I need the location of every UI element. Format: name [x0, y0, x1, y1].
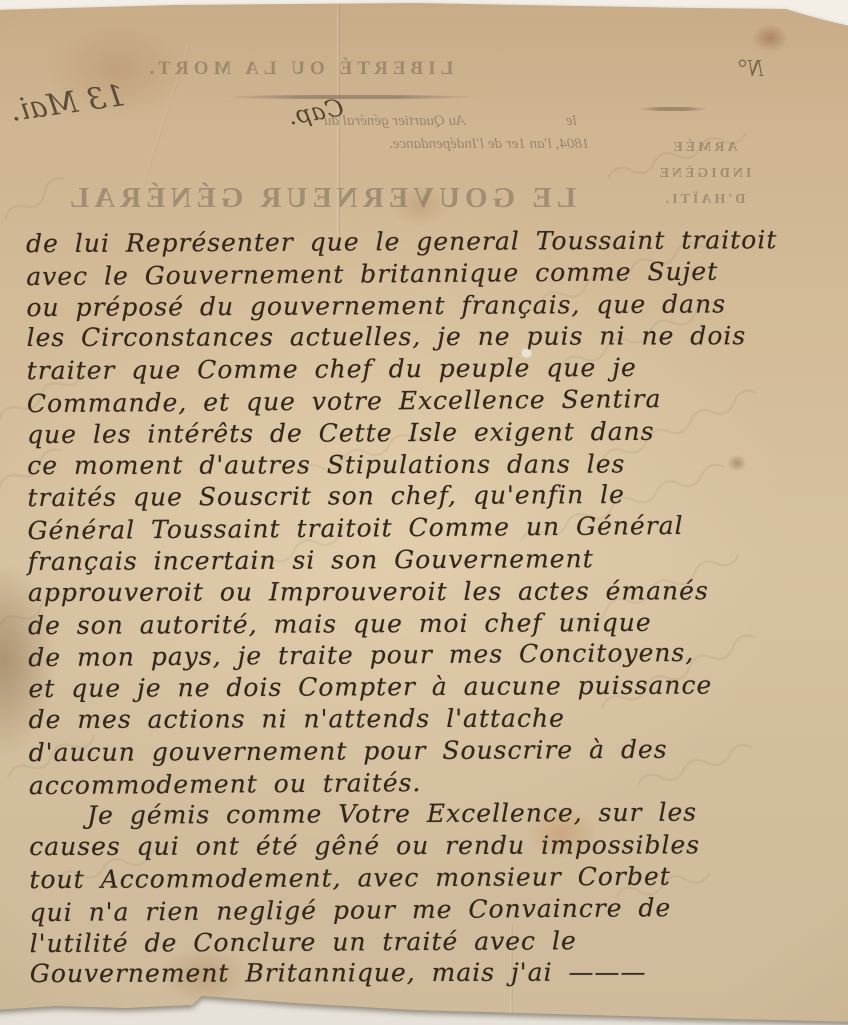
letter-line: qui n'a rien negligé pour me Convaincre … — [29, 891, 829, 929]
letter-line: ce moment d'autres Stipulations dans les — [27, 448, 827, 482]
letter-line: d'aucun gouvernement pour Souscrire à de… — [29, 733, 829, 769]
letter-line: ou préposé du gouvernement français, que… — [26, 288, 826, 324]
letterhead-rule-short — [638, 107, 708, 111]
letter-line: français incertain si son Gouvernement — [28, 542, 828, 578]
letter-line: Général Toussaint traitoit Comme un Géné… — [27, 509, 827, 547]
letter-body: de lui Représenter que le general Toussa… — [26, 224, 830, 991]
letterhead-motto: LIBERTÉ OU LA MORT. — [124, 58, 474, 80]
scanned-letter-page: N° LIBERTÉ OU LA MORT. Au Quartier génér… — [0, 0, 848, 1025]
letterhead-year-line: 1804, l'an 1er de l'Indépendance. — [389, 136, 590, 153]
letter-line: tout Accommodement, avec monsieur Corbet — [29, 860, 829, 896]
letterhead-governor-title: LE GOUVERNEUR GÉNÉRAL — [76, 182, 576, 215]
letter-line: les Circonstances actuelles, je ne puis … — [27, 320, 827, 354]
letter-line: que les intérêts de Cette Isle exigent d… — [27, 415, 827, 451]
letter-line: accommodement ou traités. — [29, 763, 829, 801]
letterhead-le-label: le — [566, 113, 577, 130]
letterhead-army-line3: D'HAÏTI. — [654, 192, 754, 208]
paper-fleck — [522, 349, 531, 357]
letter-line: causes qui ont été gêné ou rendu impossi… — [29, 829, 829, 863]
letter-line: de lui Représenter que le general Toussa… — [26, 224, 826, 260]
letterhead-army-line2: INDIGÈNE — [654, 166, 754, 182]
letter-line: Je gémis comme Votre Excellence, sur les — [29, 796, 829, 832]
handwritten-date-bleedthrough: 13 Mai. — [8, 78, 127, 129]
letter-line: et que je ne dois Compter à aucune puiss… — [28, 669, 828, 705]
letter-line: de mes actions ni n'attends l'attache — [29, 702, 829, 736]
letterhead-rule-long — [222, 95, 477, 99]
letter-line: de mon pays, je traite pour mes Concitoy… — [28, 636, 828, 674]
letter-line: avec le Gouvernement britannique comme S… — [26, 255, 826, 293]
letterhead-quartier-line: Au Quartier général du — [324, 113, 465, 130]
letter-line: Commande, et que votre Excellence Sentir… — [27, 382, 827, 420]
letterhead-number-label: N° — [694, 56, 764, 83]
letterhead-army-line1: ARMÉE — [654, 140, 754, 156]
letterhead-army-block: ARMÉE INDIGÈNE D'HAÏTI. — [654, 140, 754, 218]
paper-shadow: N° LIBERTÉ OU LA MORT. Au Quartier génér… — [0, 0, 848, 1025]
letter-line: approuveroit ou Improuveroit les actes é… — [28, 575, 828, 609]
letter-line: traiter que Comme chef du peuple que je — [27, 351, 827, 387]
aged-paper: N° LIBERTÉ OU LA MORT. Au Quartier génér… — [0, 0, 848, 1025]
letter-line: l'utilité de Conclure un traité avec le — [30, 923, 830, 959]
letter-line: Gouvernement Britannique, mais j'ai ——— — [30, 956, 830, 990]
